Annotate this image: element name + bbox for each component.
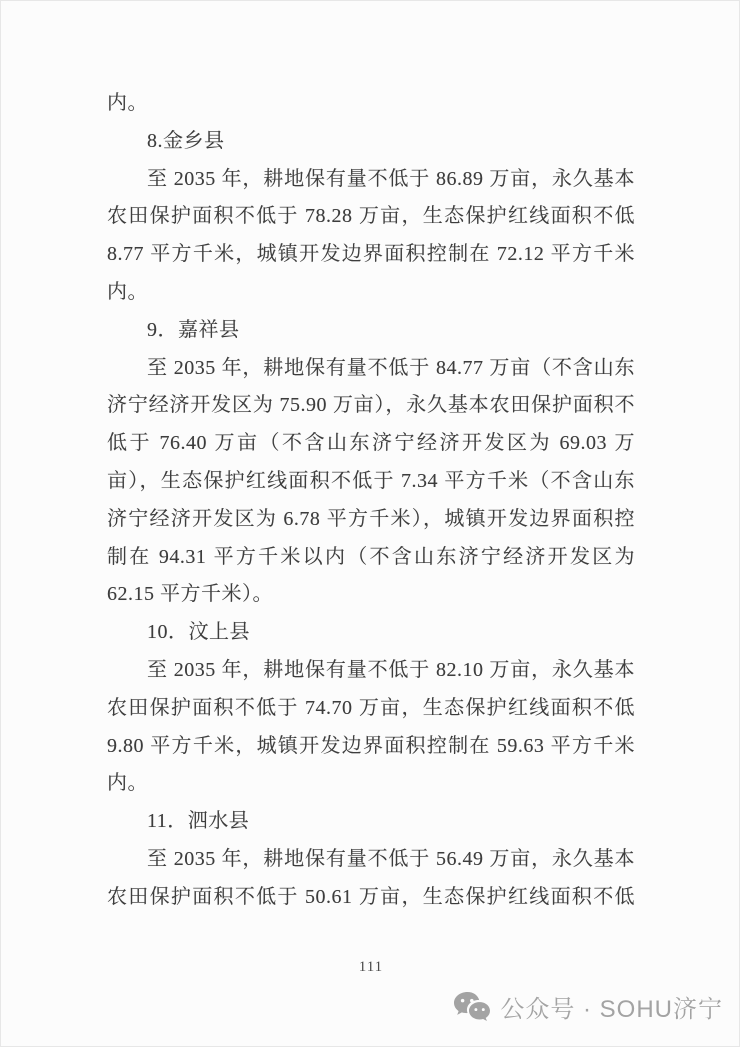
section-heading: 11．泗水县: [107, 803, 635, 841]
text-line: 济宁经济开发区为 75.90 万亩），永久基本农田保护面积不: [107, 387, 635, 425]
section-heading: 10．汶上县: [107, 614, 635, 652]
text-line: 农田保护面积不低于 78.28 万亩，生态保护红线面积不低于: [107, 198, 635, 236]
text-line: 农田保护面积不低于 74.70 万亩，生态保护红线面积不低于: [107, 690, 635, 728]
text-line: 8.77 平方千米，城镇开发边界面积控制在 72.12 平方千米以: [107, 236, 635, 274]
section-heading: 9．嘉祥县: [107, 312, 635, 350]
document-body: 内。8.金乡县至 2035 年，耕地保有量不低于 86.89 万亩，永久基本农田…: [107, 85, 635, 917]
page-number: 111: [1, 959, 740, 976]
wechat-icon: [453, 991, 491, 1023]
text-line: 内。: [107, 274, 635, 312]
text-line: 亩），生态保护红线面积不低于 7.34 平方千米（不含山东: [107, 463, 635, 501]
section-heading: 8.金乡县: [107, 123, 635, 161]
watermark-text: 公众号 · SOHU济宁: [500, 989, 723, 1024]
text-line: 9.80 平方千米，城镇开发边界面积控制在 59.63 平方千米以: [107, 728, 635, 766]
document-page: 内。8.金乡县至 2035 年，耕地保有量不低于 86.89 万亩，永久基本农田…: [0, 0, 740, 1047]
text-line: 内。: [107, 765, 635, 803]
text-line: 农田保护面积不低于 50.61 万亩，生态保护红线面积不低于: [107, 879, 635, 917]
text-line: 制在 94.31 平方千米以内（不含山东济宁经济开发区为: [107, 539, 635, 577]
text-line: 至 2035 年，耕地保有量不低于 84.77 万亩（不含山东: [107, 350, 635, 388]
text-line: 至 2035 年，耕地保有量不低于 56.49 万亩，永久基本: [107, 841, 635, 879]
text-line: 济宁经济开发区为 6.78 平方千米），城镇开发边界面积控: [107, 501, 635, 539]
text-line: 至 2035 年，耕地保有量不低于 82.10 万亩，永久基本: [107, 652, 635, 690]
text-line: 内。: [107, 85, 635, 123]
text-line: 低于 76.40 万亩（不含山东济宁经济开发区为 69.03 万: [107, 425, 635, 463]
text-line: 至 2035 年，耕地保有量不低于 86.89 万亩，永久基本: [107, 161, 635, 199]
text-line: 62.15 平方千米）。: [107, 576, 635, 614]
sohu-watermark: 公众号 · SOHU济宁: [453, 989, 723, 1024]
